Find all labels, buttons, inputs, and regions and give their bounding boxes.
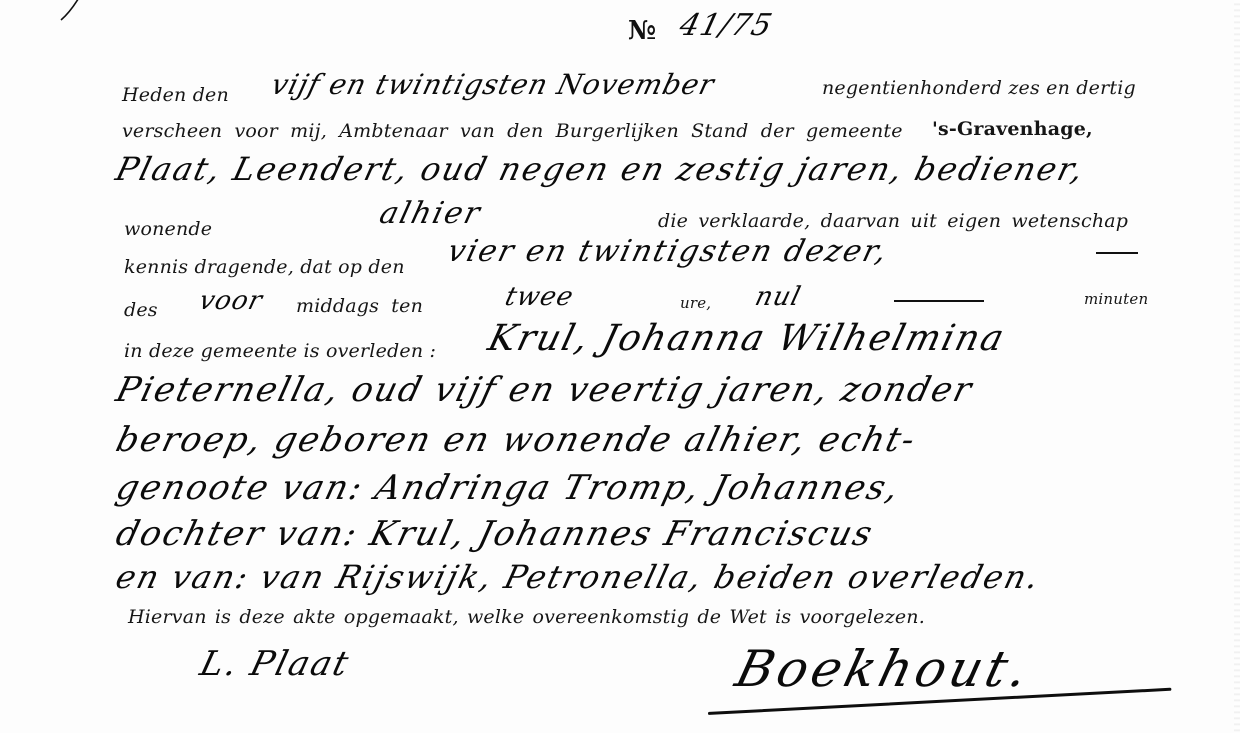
printed-des: des bbox=[124, 299, 158, 321]
handwritten-voor: voor bbox=[196, 286, 266, 316]
signature-declarant: L. Plaat bbox=[196, 644, 354, 684]
handwritten-deceased-name: Krul, Johanna Wilhelmina bbox=[484, 318, 1010, 359]
printed-minuten: minuten bbox=[1084, 290, 1148, 308]
corner-pen-stroke-icon bbox=[60, 0, 82, 22]
printed-ure: ure, bbox=[680, 294, 711, 312]
municipality-name: 's-Gravenhage, bbox=[932, 118, 1093, 140]
handwritten-line-12: en van: van Rijswijk, Petronella, beiden… bbox=[112, 558, 1045, 596]
signature-registrar: Boekhout. bbox=[730, 640, 1038, 698]
printed-verscheen: verscheen voor mij, Ambtenaar van den Bu… bbox=[122, 120, 903, 142]
handwritten-line-8: Pieternella, oud vijf en veertig jaren, … bbox=[112, 370, 977, 410]
handwritten-declarant: Plaat, Leendert, oud negen en zestig jar… bbox=[112, 150, 1089, 188]
certificate-number-value: 41/75 bbox=[676, 8, 776, 43]
printed-verklaarde: die verklaarde, daarvan uit eigen wetens… bbox=[658, 210, 1128, 232]
handwritten-date: vijf en twintigsten November bbox=[268, 68, 718, 101]
printed-middags-ten: middags ten bbox=[296, 295, 423, 317]
handwritten-line-11: dochter van: Krul, Johannes Franciscus bbox=[112, 514, 878, 554]
handwritten-minutes: nul bbox=[752, 282, 804, 312]
handwritten-line-10: genoote van: Andringa Tromp, Johannes, bbox=[112, 468, 904, 508]
printed-heden-den: Heden den bbox=[122, 84, 229, 106]
fill-dash bbox=[1096, 252, 1138, 254]
scan-edge bbox=[1234, 0, 1240, 733]
handwritten-death-date: vier en twintigsten dezer, bbox=[444, 234, 892, 269]
printed-wonende: wonende bbox=[124, 218, 212, 240]
handwritten-hour: twee bbox=[502, 282, 577, 312]
handwritten-line-9: beroep, geboren en wonende alhier, echt- bbox=[112, 420, 921, 460]
death-certificate-page: № 41/75 Heden den vijf en twintigsten No… bbox=[0, 0, 1240, 733]
handwritten-residence: alhier bbox=[376, 196, 485, 231]
certificate-number-label: № bbox=[628, 16, 656, 46]
printed-kennis-dragende: kennis dragende, dat op den bbox=[124, 256, 405, 278]
printed-overleden: in deze gemeente is overleden : bbox=[124, 340, 436, 362]
printed-year: negentienhonderd zes en dertig bbox=[822, 77, 1136, 99]
minutes-fill-dash bbox=[894, 300, 984, 302]
printed-closing-statement: Hiervan is deze akte opgemaakt, welke ov… bbox=[128, 606, 925, 628]
